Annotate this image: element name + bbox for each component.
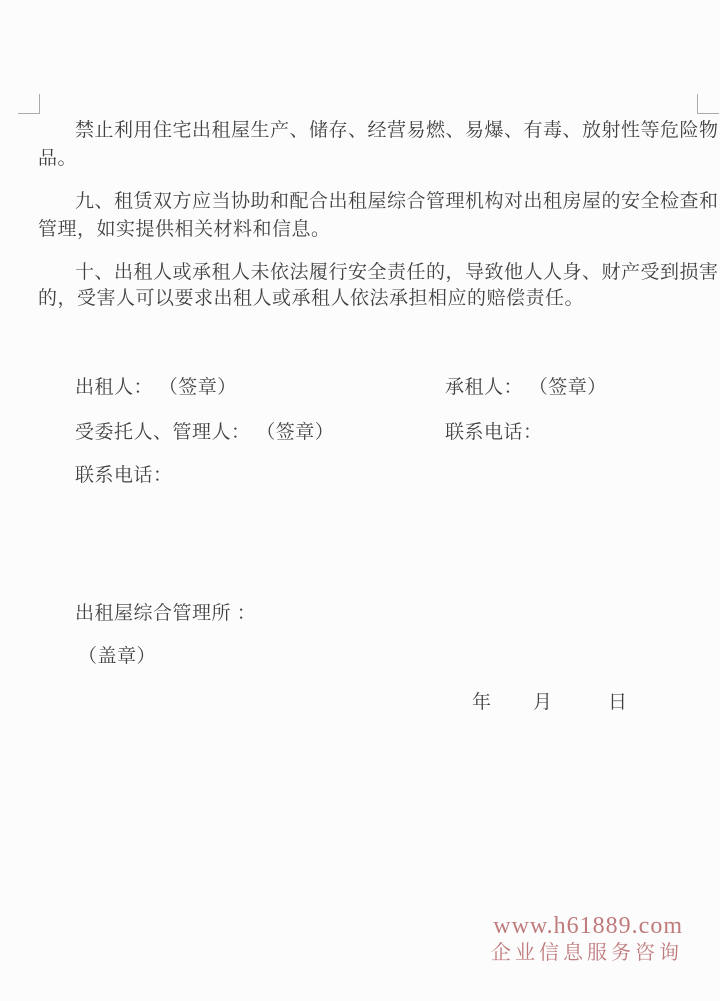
crop-mark-top-right [697, 94, 719, 114]
lessor-signature-label: 出租人： （签章） [75, 378, 237, 398]
paragraph-prohibition-line-1: 禁止利用住宅出租屋生产、储存、经营易燃、易爆、有毒、放射性等危险物 [75, 121, 719, 141]
watermark: www.h61889.com 企业信息服务咨询 [400, 913, 683, 966]
date-day-label: 日 [608, 693, 628, 713]
paragraph-clause-nine-line-1: 九、租赁双方应当协助和配合出租屋综合管理机构对出租房屋的安全检查和 [75, 192, 719, 212]
lessee-signature-label: 承租人： （签章） [445, 378, 607, 398]
paragraph-clause-ten-line-1: 十、出租人或承租人未依法履行安全责任的，导致他人人身、财产受到损害 [75, 263, 719, 283]
date-month-label: 月 [533, 693, 553, 713]
watermark-caption-text: 企业信息服务咨询 [400, 940, 683, 966]
crop-mark-top-left [18, 94, 40, 114]
paragraph-prohibition-line-2: 品。 [38, 149, 77, 169]
official-seal-label: （盖章） [78, 647, 156, 667]
lessor-contact-phone-label: 联系电话： [75, 466, 173, 486]
watermark-url-text: www.h61889.com [400, 913, 683, 940]
paragraph-clause-ten-line-2: 的，受害人可以要求出租人或承租人依法承担相应的赔偿责任。 [38, 289, 584, 309]
lessee-contact-phone-label: 联系电话： [445, 423, 543, 443]
paragraph-clause-nine-line-2: 管理，如实提供相关材料和信息。 [38, 220, 331, 240]
trustee-manager-signature-label: 受委托人、管理人： （签章） [75, 423, 334, 443]
document-page: 禁止利用住宅出租屋生产、储存、经营易燃、易爆、有毒、放射性等危险物 品。 九、租… [0, 0, 720, 1001]
date-year-label: 年 [472, 693, 492, 713]
management-office-label: 出租屋综合管理所 ： [75, 604, 256, 624]
